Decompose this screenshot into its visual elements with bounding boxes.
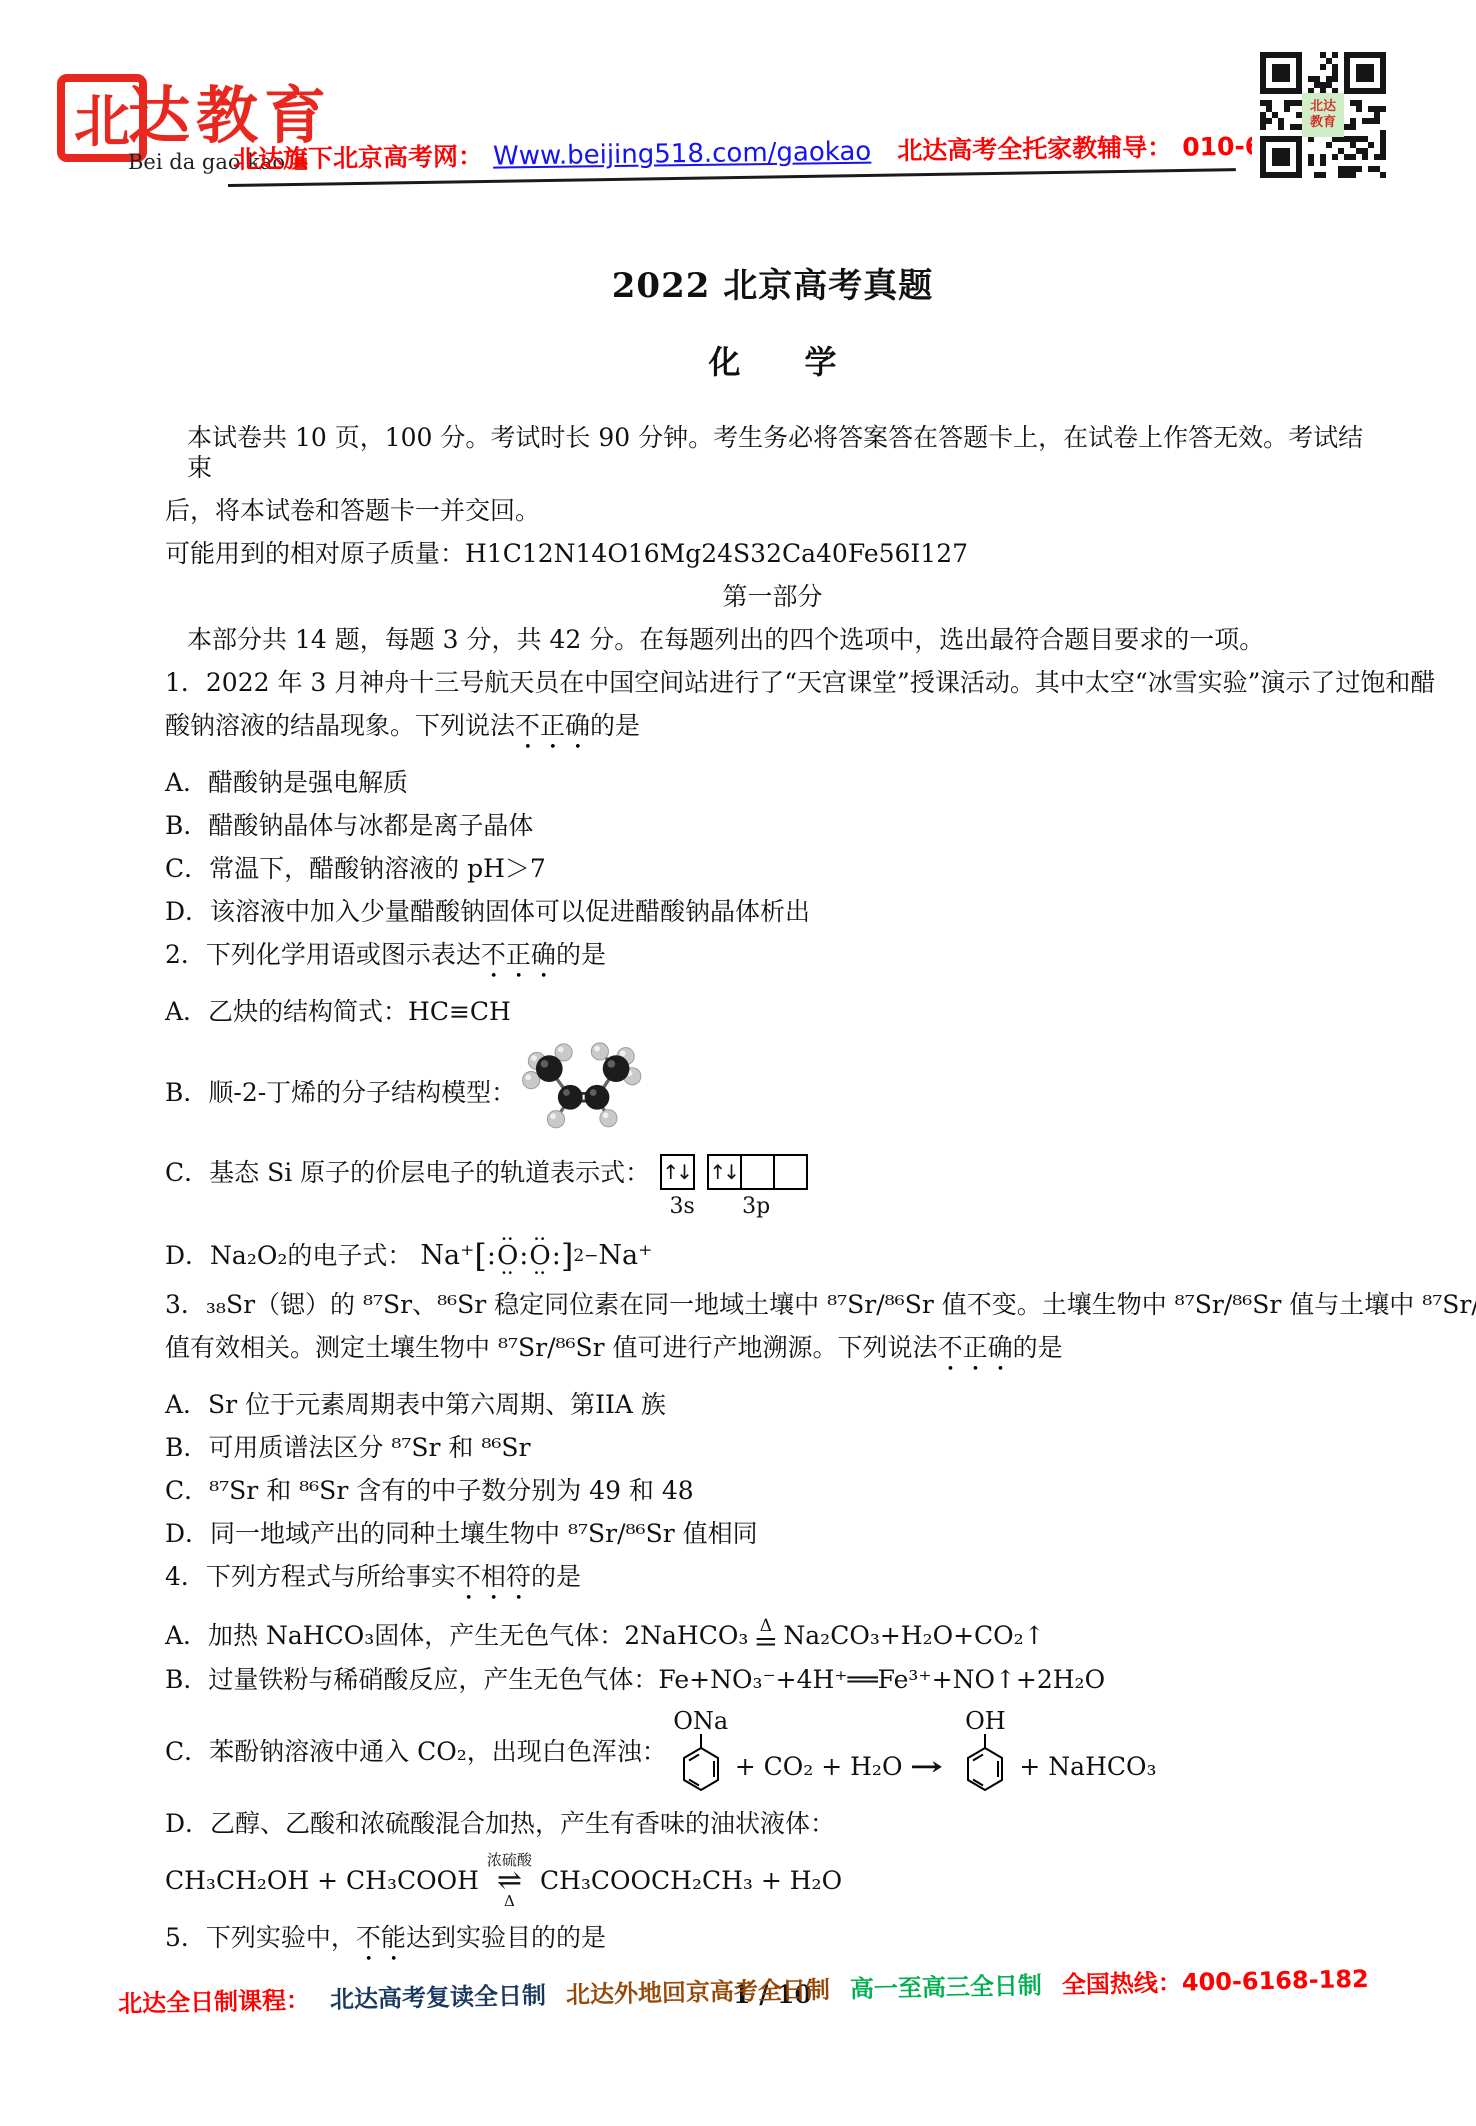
q4-option-d-equation: CH₃CH₂OH + CH₃COOH 浓硫酸 ⇌ Δ CH₃COOCH₂CH₃ … bbox=[165, 1852, 1380, 1910]
reaction-arrow: → bbox=[910, 1722, 944, 1782]
oxygen-with-dots: ··O·· bbox=[497, 1235, 518, 1277]
intro-line-1: 本试卷共 10 页，100 分。考试时长 90 分钟。考生务必将答案答在答题卡上… bbox=[165, 423, 1380, 483]
part-description: 本部分共 14 题，每题 3 分，共 42 分。在每题列出的四个选项中，选出最符… bbox=[165, 625, 1380, 655]
q4-option-b: B．过量铁粉与稀硝酸反应，产生无色气体：Fe+NO₃⁻+4H⁺══Fe³⁺+NO… bbox=[165, 1665, 1380, 1695]
orbital-label-3s: 3s bbox=[660, 1192, 704, 1222]
q2-option-d-label: D．Na₂O₂的电子式： bbox=[165, 1241, 412, 1271]
q5-emphasis: 不能 bbox=[356, 1923, 406, 1952]
q3-option-d: D．同一地域产出的同种土壤生物中 ⁸⁷Sr/⁸⁶Sr 值相同 bbox=[165, 1519, 1380, 1549]
reactants-text: + CO₂ + H₂O bbox=[735, 1722, 903, 1782]
electron-dot-formula: Na⁺[:··O··:··O··:]2−Na⁺ bbox=[420, 1235, 652, 1277]
molecular-model bbox=[522, 1040, 672, 1145]
qr-center-logo: 北达 教育 bbox=[1302, 93, 1344, 137]
q3-option-a: A．Sr 位于元素周期表中第六周期、第IIA 族 bbox=[165, 1390, 1380, 1420]
q1-option-c: C．常温下，醋酸钠溶液的 pH＞7 bbox=[165, 854, 1380, 884]
q4-option-a: A．加热 NaHCO₃固体，产生无色气体：2NaHCO₃ Δ ＝ Na₂CO₃+… bbox=[165, 1619, 1380, 1652]
q2-emphasis: 不正确 bbox=[481, 940, 556, 969]
site-label: 北达旗下北京高考网： bbox=[233, 137, 483, 176]
product-text: + NaHCO₃ bbox=[1019, 1722, 1156, 1782]
exam-paper-page: 北 达教育 Bei da gao kao ■ 北达旗下北京高考网： Www.be… bbox=[0, 0, 1476, 2126]
orbital-label-3p: 3p bbox=[704, 1192, 808, 1222]
substituent-label: OH bbox=[965, 1708, 1006, 1734]
q5-stem: 5．下列实验中，不能达到实验目的的是 bbox=[165, 1923, 1380, 1967]
q1-stem-line2: 酸钠溶液的结晶现象。下列说法不正确的是 bbox=[165, 711, 1380, 755]
q2-option-c-label: C．基态 Si 原子的价层电子的轨道表示式： bbox=[165, 1158, 650, 1188]
exam-content: 2022 北京高考真题 化 学 本试卷共 10 页，100 分。考试时长 90 … bbox=[165, 258, 1380, 2009]
q4-option-c: C．苯酚钠溶液中通入 CO₂，出现白色浑浊： ONa + CO₂ + H₂O →… bbox=[165, 1708, 1380, 1796]
site-link[interactable]: Www.beijing518.com/gaokao bbox=[493, 137, 872, 172]
footer-item: 北达全日制课程： bbox=[118, 1980, 311, 2019]
q2-stem: 2．下列化学用语或图示表达不正确的是 bbox=[165, 940, 1380, 984]
q1-emphasis: 不正确 bbox=[515, 711, 590, 740]
q1-option-b: B．醋酸钠晶体与冰都是离子晶体 bbox=[165, 811, 1380, 841]
equilibrium-conditions: 浓硫酸 ⇌ Δ bbox=[487, 1852, 532, 1910]
phenol-structure: OH bbox=[955, 1708, 1015, 1796]
orbital-group-3p: ↑↓ bbox=[707, 1154, 808, 1190]
q2-option-b-label: B．顺-2-丁烯的分子结构模型： bbox=[165, 1078, 516, 1108]
q4-stem: 4．下列方程式与所给事实不相符的是 bbox=[165, 1562, 1380, 1606]
part-title: 第一部分 bbox=[165, 582, 1380, 612]
atomic-masses: 可能用到的相对原子质量：H1C12N14O16Mg24S32Ca40Fe56I1… bbox=[165, 539, 1380, 569]
q3-stem-line1: 3．₃₈Sr（锶）的 ⁸⁷Sr、⁸⁶Sr 稳定同位素在同一地域土壤中 ⁸⁷Sr/… bbox=[165, 1290, 1380, 1320]
q1-option-d: D．该溶液中加入少量醋酸钠固体可以促进醋酸钠晶体析出 bbox=[165, 897, 1380, 927]
footer-item: 全国热线：400-6168-182 bbox=[1061, 1959, 1369, 2000]
tutor-label: 北达高考全托家教辅导： bbox=[897, 128, 1172, 168]
benzene-ring bbox=[955, 1734, 1015, 1796]
orbital-diagram: ↑↓ ↑↓ 3s 3p bbox=[660, 1154, 808, 1222]
q2-option-a: A．乙炔的结构简式：HC≡CH bbox=[165, 997, 1380, 1027]
q3-stem-line2: 值有效相关。测定土壤生物中 ⁸⁷Sr/⁸⁶Sr 值可进行产地溯源。下列说法不正确… bbox=[165, 1333, 1380, 1377]
q2-option-c: C．基态 Si 原子的价层电子的轨道表示式： ↑↓ ↑↓ 3s 3p bbox=[165, 1158, 1380, 1222]
q3-emphasis: 不正确 bbox=[938, 1333, 1013, 1362]
subject-title: 化 学 bbox=[165, 337, 1380, 383]
delta-over-equals: Δ ＝ bbox=[753, 1619, 778, 1652]
q4-option-d-label: D．乙醇、乙酸和浓硫酸混合加热，产生有香味的油状液体： bbox=[165, 1809, 1380, 1839]
q2-option-d: D．Na₂O₂的电子式： Na⁺[:··O··:··O··:]2−Na⁺ bbox=[165, 1235, 1380, 1277]
footer-item: 北达高考复读全日制 bbox=[330, 1975, 547, 2014]
q3-option-c: C．⁸⁷Sr 和 ⁸⁶Sr 含有的中子数分别为 49 和 48 bbox=[165, 1476, 1380, 1506]
q3-option-b: B．可用质谱法区分 ⁸⁷Sr 和 ⁸⁶Sr bbox=[165, 1433, 1380, 1463]
q4-option-c-label: C．苯酚钠溶液中通入 CO₂，出现白色浑浊： bbox=[165, 1737, 667, 1767]
footer-item: 北达外地回京高考全日制 bbox=[566, 1970, 831, 2010]
qr-pattern: 北达 教育 bbox=[1260, 52, 1386, 178]
page-title: 2022 北京高考真题 bbox=[165, 258, 1380, 307]
oxygen-with-dots: ··O·· bbox=[529, 1235, 550, 1277]
footer-item: 高一至高三全日制 bbox=[850, 1965, 1043, 2004]
intro-line-2: 后，将本试卷和答题卡一并交回。 bbox=[165, 496, 1380, 526]
orbital-box-3s: ↑↓ bbox=[660, 1154, 695, 1190]
phenolate-structure: ONa bbox=[671, 1708, 731, 1796]
substituent-label: ONa bbox=[673, 1708, 728, 1734]
q4-emphasis: 不相符 bbox=[456, 1562, 531, 1591]
benzene-ring bbox=[671, 1734, 731, 1796]
q2-option-b: B．顺-2-丁烯的分子结构模型： bbox=[165, 1040, 1380, 1145]
qr-code: 北达 教育 bbox=[1252, 44, 1394, 186]
logo-seal-char: 北 bbox=[74, 78, 130, 158]
q1-stem-line1: 1．2022 年 3 月神舟十三号航天员在中国空间站进行了“天宫课堂”授课活动。… bbox=[165, 668, 1380, 698]
q1-option-a: A．醋酸钠是强电解质 bbox=[165, 768, 1380, 798]
